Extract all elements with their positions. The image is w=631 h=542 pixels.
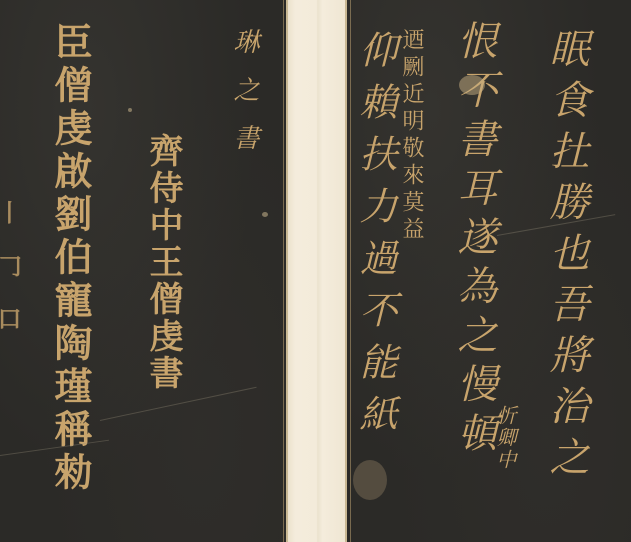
calligraphy-column-annotation: 琳之書: [228, 28, 260, 172]
calligraphy-column-r1: 眠食扗勝也吾將治之: [542, 28, 590, 487]
calligraphy-column-title: 齊侍中王僧虔書: [143, 133, 183, 392]
panel-edge-line: [350, 0, 351, 542]
paper-gap-strip: [286, 0, 347, 542]
surface-speck: [262, 212, 268, 217]
gap-edge-left: [286, 0, 288, 542]
panel-edge-line: [283, 0, 284, 542]
surface-speck: [128, 108, 132, 112]
surface-speck: [353, 460, 387, 500]
partial-edge-column: 丨 𠃌 口: [0, 200, 22, 330]
right-rubbing-panel: 眠食扗勝也吾將治之 恨不書耳遂為之慢頓 忻卿中 迺劂近明敬來莫益 仰賴扶力過不能…: [347, 0, 631, 542]
calligraphy-column-main: 臣僧虔啟劉伯寵陶瑾稱勑: [48, 22, 92, 495]
calligraphy-column-r4: 仰賴扶力過不能紙: [352, 30, 398, 446]
left-rubbing-panel: 丨 𠃌 口 臣僧虔啟劉伯寵陶瑾稱勑 齊侍中王僧虔書 琳之書: [0, 0, 286, 542]
calligraphy-column-r3-note: 迺劂近明敬來莫益: [398, 28, 424, 244]
calligraphy-column-r2-note: 忻卿中: [493, 405, 517, 471]
surface-speck: [459, 75, 485, 95]
